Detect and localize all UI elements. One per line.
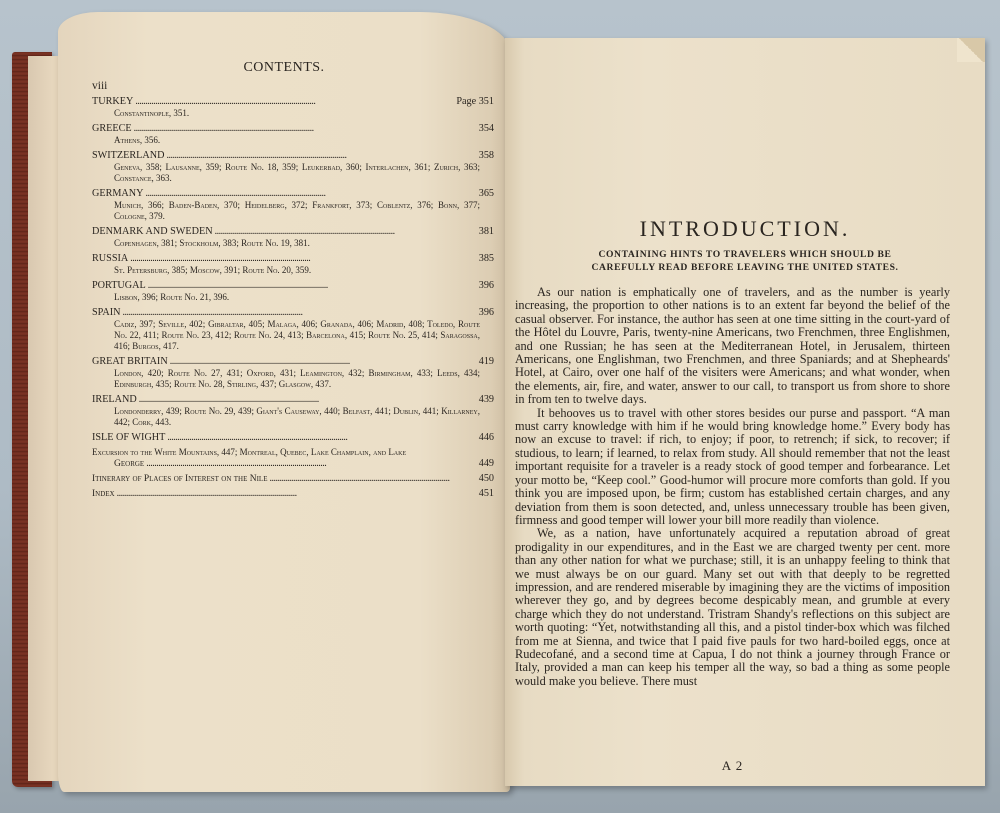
toc-entry-index: Index 451 [92, 488, 494, 499]
toc-entry-title: SPAIN [92, 307, 121, 318]
leader-dots [215, 226, 477, 237]
toc-index-title: Index [92, 489, 115, 499]
toc-entry-title: GERMANY [92, 188, 144, 199]
toc-entry: IRELAND439Londonderry, 439; Route No. 29… [92, 394, 494, 428]
toc-entry-subtopics: St. Petersburg, 385; Moscow, 391; Route … [92, 265, 494, 276]
leader-dots [170, 356, 477, 367]
leader-dots [130, 253, 476, 264]
toc-entry-excursion: Excursion to the White Mountains, 447; M… [92, 447, 494, 469]
leader-dots [166, 150, 476, 161]
toc-entry: PORTUGAL396Lisbon, 396; Route No. 21, 39… [92, 280, 494, 303]
toc-entry: GERMANY365Munich, 366; Baden-Baden, 370;… [92, 188, 494, 222]
toc-entry: SWITZERLAND358Geneva, 358; Lausanne, 359… [92, 150, 494, 184]
toc-page-number: 381 [479, 226, 494, 237]
toc-entry-title: ISLE OF WIGHT [92, 432, 165, 443]
leader-dots [148, 280, 477, 291]
paragraph-3: We, as a nation, have unfortunately acqu… [515, 527, 950, 688]
toc-entry-subtopics: Londonderry, 439; Route No. 29, 439; Gia… [92, 406, 494, 428]
toc-entry: RUSSIA385St. Petersburg, 385; Moscow, 39… [92, 253, 494, 276]
toc-entry-subtopics: Cadiz, 397; Seville, 402; Gibraltar, 405… [92, 319, 494, 352]
leader-dots [146, 188, 477, 199]
leader-dots [123, 307, 477, 318]
toc-entry: DENMARK AND SWEDEN381Copenhagen, 381; St… [92, 226, 494, 249]
page-number-folio: viii [92, 80, 107, 92]
toc-entry-itinerary: Itinerary of Places of Interest on the N… [92, 473, 494, 484]
leader-dots [139, 394, 477, 405]
toc-entry-title: GREECE [92, 123, 132, 134]
toc-entry-subtopics: London, 420; Route No. 27, 431; Oxford, … [92, 368, 494, 390]
toc-entry-subtopics: Copenhagen, 381; Stockholm, 383; Route N… [92, 238, 494, 249]
toc-entry-title: TURKEY [92, 96, 133, 107]
toc-excursion-line2: George [114, 459, 144, 469]
toc-page-number: 385 [479, 253, 494, 264]
left-page: CONTENTS. viii TURKEYPage 351Constantino… [58, 12, 510, 792]
toc-entry: GREECE354Athens, 356. [92, 123, 494, 146]
toc-entry-title: IRELAND [92, 394, 137, 405]
toc-page-number: 358 [479, 150, 494, 161]
toc-page-number: 449 [479, 458, 494, 469]
toc-entry: ISLE OF WIGHT446 [92, 432, 494, 443]
contents-heading: CONTENTS. [58, 60, 510, 76]
toc-entry: SPAIN396Cadiz, 397; Seville, 402; Gibral… [92, 307, 494, 352]
toc-entry-title: RUSSIA [92, 253, 128, 264]
toc-page-number: 446 [479, 432, 494, 443]
toc-entry: TURKEYPage 351Constantinople, 351. [92, 96, 494, 119]
toc-entry-title: GREAT BRITAIN [92, 356, 168, 367]
toc-entry-subtopics: Munich, 366; Baden-Baden, 370; Heidelber… [92, 200, 494, 222]
introduction-body: As our nation is emphatically one of tra… [515, 286, 950, 688]
toc-excursion-line1: Excursion to the White Mountains, 447; M… [92, 447, 494, 458]
toc-entry-subtopics: Lisbon, 396; Route No. 21, 396. [92, 292, 494, 303]
toc-page-number: 439 [479, 394, 494, 405]
right-page: INTRODUCTION. CONTAINING HINTS TO TRAVEL… [505, 38, 985, 786]
toc-page-number: 451 [479, 488, 494, 499]
toc-entry-title: SWITZERLAND [92, 150, 164, 161]
paragraph-1: As our nation is emphatically one of tra… [515, 286, 950, 407]
signature-mark: A 2 [505, 758, 960, 774]
toc-page-number: Page 351 [456, 96, 494, 107]
leader-dots [167, 432, 476, 443]
toc-entry-subtopics: Geneva, 358; Lausanne, 359; Route No. 18… [92, 162, 494, 184]
toc-itinerary-title: Itinerary of Places of Interest on the N… [92, 474, 267, 484]
introduction-heading: INTRODUCTION. [505, 216, 985, 242]
toc-entry-title: DENMARK AND SWEDEN [92, 226, 213, 237]
toc-entry-title: PORTUGAL [92, 280, 146, 291]
introduction-subheading: CONTAINING HINTS TO TRAVELERS WHICH SHOU… [565, 248, 925, 274]
table-of-contents: TURKEYPage 351Constantinople, 351.GREECE… [92, 96, 494, 503]
toc-page-number: 354 [479, 123, 494, 134]
toc-entry-subtopics: Constantinople, 351. [92, 108, 494, 119]
toc-entry-subtopics: Athens, 356. [92, 135, 494, 146]
toc-page-number: 396 [479, 307, 494, 318]
leader-dots [135, 96, 454, 107]
dog-ear-corner [957, 38, 985, 62]
paragraph-2: It behooves us to travel with other stor… [515, 407, 950, 528]
leader-dots [269, 473, 476, 484]
toc-page-number: 419 [479, 356, 494, 367]
leader-dots [146, 458, 477, 469]
toc-page-number: 450 [479, 473, 494, 484]
toc-entry: GREAT BRITAIN419London, 420; Route No. 2… [92, 356, 494, 390]
toc-page-number: 396 [479, 280, 494, 291]
leader-dots [134, 123, 477, 134]
leader-dots [117, 488, 477, 499]
toc-page-number: 365 [479, 188, 494, 199]
